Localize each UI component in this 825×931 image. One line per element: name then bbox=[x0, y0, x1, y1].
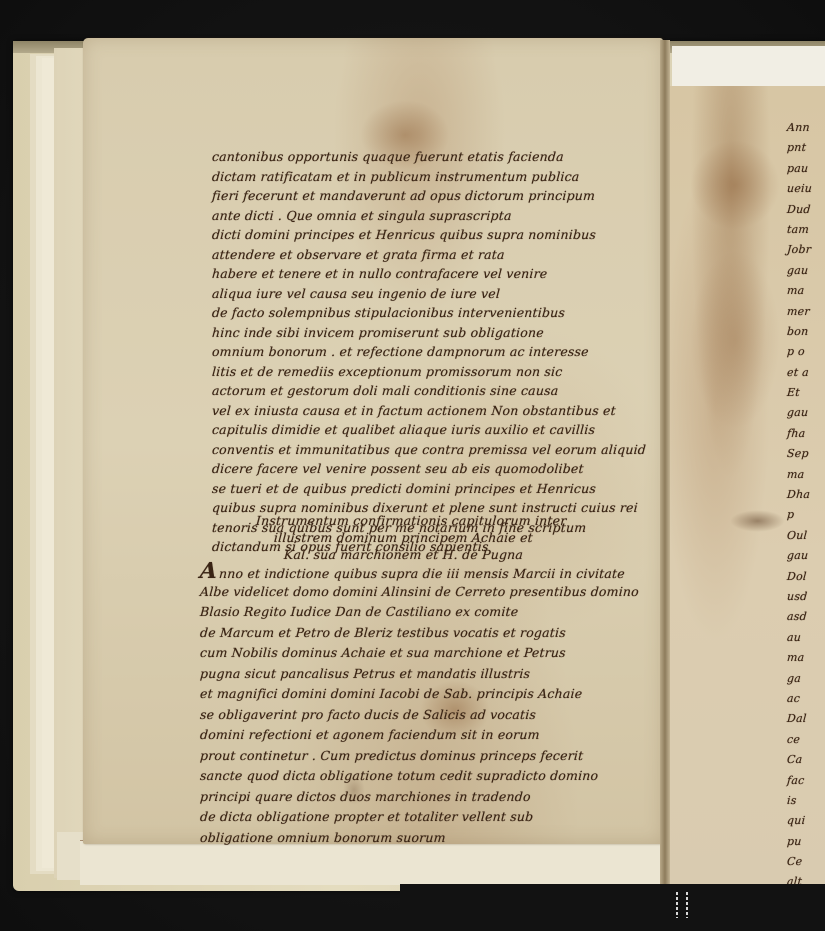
text-line: dicere facere vel venire possent seu ab … bbox=[211, 459, 646, 479]
color-target-tick bbox=[686, 892, 688, 918]
text-line: cantonibus opportunis quaque fuerunt eta… bbox=[211, 147, 646, 167]
color-target-tick bbox=[676, 892, 678, 918]
text-fragment: usd bbox=[786, 587, 812, 607]
text-fragment: mer bbox=[786, 302, 812, 322]
text-fragment: Ce bbox=[786, 852, 812, 872]
text-fragment: Ann bbox=[786, 118, 812, 138]
text-line: cum Nobilis dominus Achaie et sua marchi… bbox=[199, 643, 639, 664]
text-fragment: ce bbox=[786, 730, 812, 750]
text-line: et magnifici domini domini Iacobi de Sab… bbox=[199, 684, 639, 705]
water-stain bbox=[690, 250, 780, 430]
text-fragment: pau bbox=[786, 159, 812, 179]
water-stain bbox=[690, 140, 780, 230]
text-line: aliqua iure vel causa seu ingenio de iur… bbox=[211, 284, 646, 304]
text-line: de Marcum et Petro de Bleriz testibus vo… bbox=[199, 623, 639, 644]
right-page-text: Ann pnt pau ueiu Dud tam Jobr gau ma mer… bbox=[787, 118, 812, 893]
text-fragment: asd bbox=[786, 607, 812, 627]
text-fragment: Oul bbox=[786, 526, 812, 546]
text-line: actorum et gestorum doli mali conditioni… bbox=[211, 381, 646, 401]
text-fragment: pu bbox=[786, 832, 812, 852]
text-line-content: nno et indictione quibus supra die iii m… bbox=[219, 566, 626, 581]
text-line: prout continetur . Cum predictus dominus… bbox=[199, 746, 639, 767]
text-line: principi quare dictos duos marchiones in… bbox=[199, 787, 639, 808]
text-fragment: ma bbox=[786, 281, 812, 301]
text-line: domini refectioni et agonem faciendum si… bbox=[199, 725, 639, 746]
text-line: se tueri et de quibus predicti domini pr… bbox=[211, 479, 646, 499]
text-fragment: Ca bbox=[786, 750, 812, 770]
text-fragment: ma bbox=[786, 465, 812, 485]
text-line: de facto solempnibus stipulacionibus int… bbox=[211, 303, 646, 323]
text-fragment: tam bbox=[786, 220, 812, 240]
text-fragment: qui bbox=[786, 811, 812, 831]
text-fragment: p bbox=[786, 505, 812, 525]
text-fragment: ma bbox=[786, 648, 812, 668]
main-text-block: cantonibus opportunis quaque fuerunt eta… bbox=[212, 147, 646, 557]
text-fragment: Et bbox=[786, 383, 812, 403]
text-line: conventis et immunitatibus que contra pr… bbox=[211, 440, 646, 460]
text-fragment: ueiu bbox=[786, 179, 812, 199]
text-line: Albe videlicet domo domini Alinsini de C… bbox=[199, 582, 639, 603]
text-fragment: pnt bbox=[786, 138, 812, 158]
text-fragment: gau bbox=[786, 546, 812, 566]
text-line: obligatione omnium bonorum suorum bbox=[199, 828, 639, 849]
text-fragment: Dol bbox=[786, 567, 812, 587]
text-line: attendere et observare et grata firma et… bbox=[211, 245, 646, 265]
text-fragment: Dud bbox=[786, 200, 812, 220]
text-fragment: au bbox=[786, 628, 812, 648]
text-fragment: Dal bbox=[786, 709, 812, 729]
text-fragment: p o bbox=[786, 342, 812, 362]
text-line: de dicta obligatione propter et totalite… bbox=[199, 807, 639, 828]
text-line: Blasio Regito Iudice Dan de Castiliano e… bbox=[199, 602, 639, 623]
text-line: fieri fecerunt et mandaverunt ad opus di… bbox=[211, 186, 646, 206]
text-fragment: is bbox=[786, 791, 812, 811]
text-line: Anno et indictione quibus supra die iii … bbox=[199, 561, 639, 582]
text-line: sancte quod dicta obligatione totum cedi… bbox=[199, 766, 639, 787]
heading-line: illustrem dominum principem Achaie et bbox=[255, 529, 567, 546]
text-line: litis et de remediis exceptionum promiss… bbox=[211, 362, 646, 382]
text-fragment: gau bbox=[786, 403, 812, 423]
text-line: hinc inde sibi invicem promiserunt sub o… bbox=[211, 323, 646, 343]
text-line: dictam ratificatam et in publicum instru… bbox=[211, 167, 646, 187]
text-fragment: Sep bbox=[786, 444, 812, 464]
text-fragment: fac bbox=[786, 771, 812, 791]
text-line: se obligaverint pro facto ducis de Salic… bbox=[199, 705, 639, 726]
text-fragment: gau bbox=[786, 261, 812, 281]
text-line: habere et tenere et in nullo contrafacer… bbox=[211, 264, 646, 284]
book-gutter bbox=[660, 40, 670, 886]
photo-background-strip bbox=[400, 884, 825, 931]
text-fragment: ga bbox=[786, 669, 812, 689]
text-fragment: fha bbox=[786, 424, 812, 444]
text-line: pugna sicut pancalisus Petrus et mandati… bbox=[199, 664, 639, 685]
text-fragment: et a bbox=[786, 363, 812, 383]
act-text-block: Anno et indictione quibus supra die iii … bbox=[200, 561, 639, 848]
text-line: dicti domini principes et Henricus quibu… bbox=[211, 225, 646, 245]
text-fragment: bon bbox=[786, 322, 812, 342]
text-fragment: Dha bbox=[786, 485, 812, 505]
rubric-heading-block: Instrumentum confirmationis capitulorum … bbox=[256, 512, 566, 563]
text-line: ante dicti . Que omnia et singula supras… bbox=[211, 206, 646, 226]
text-line: capitulis dimidie et qualibet aliaque iu… bbox=[211, 420, 646, 440]
text-line: omnium bonorum . et refectione dampnorum… bbox=[211, 342, 646, 362]
text-fragment: Jobr bbox=[786, 240, 812, 260]
decorated-initial: A bbox=[199, 558, 218, 584]
heading-line: Instrumentum confirmationis capitulorum … bbox=[255, 512, 567, 529]
text-fragment: ac bbox=[786, 689, 812, 709]
text-line: vel ex iniusta causa et in factum action… bbox=[211, 401, 646, 421]
right-page-flyleaf bbox=[672, 46, 825, 89]
